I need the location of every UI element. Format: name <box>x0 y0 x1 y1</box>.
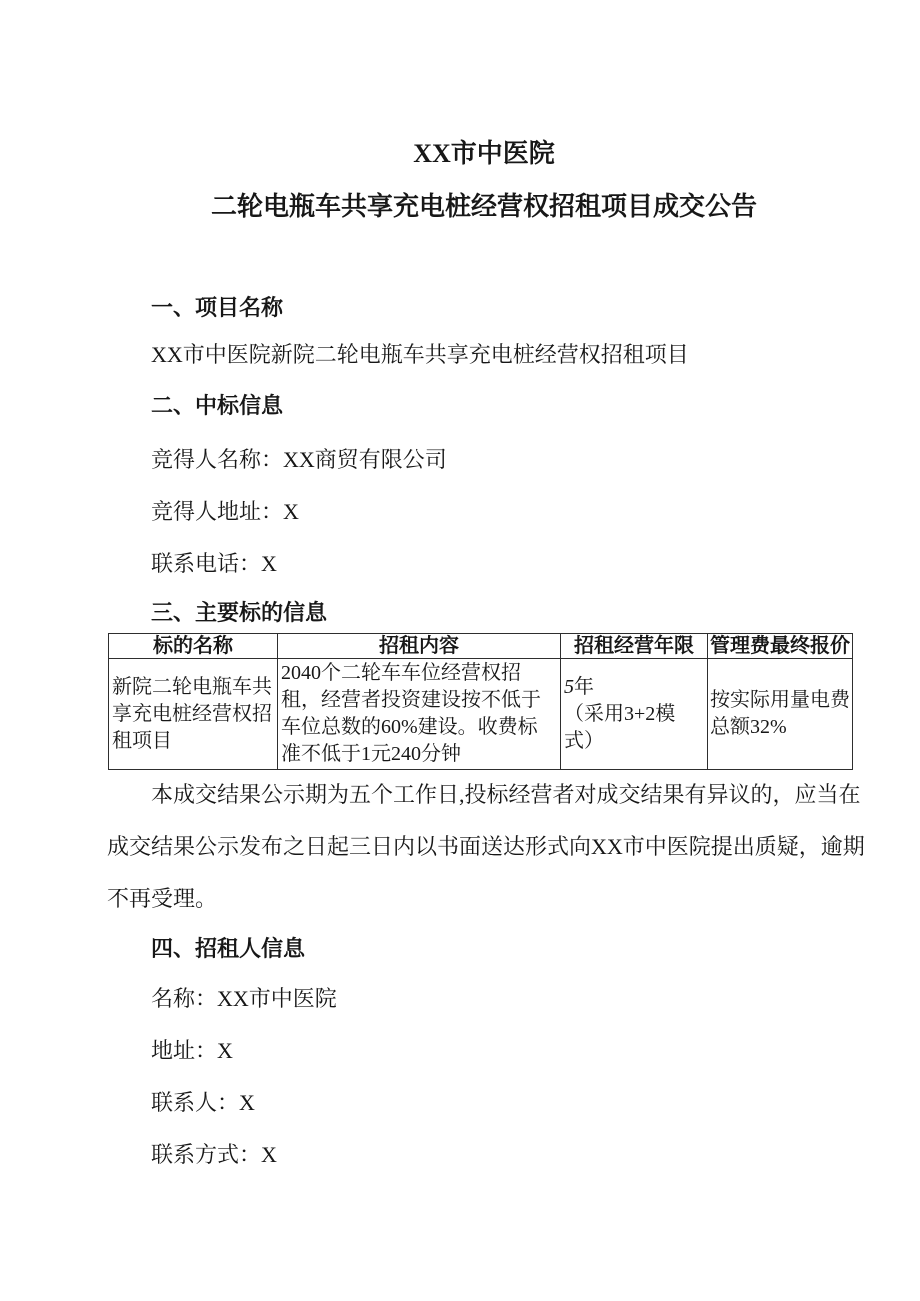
cell-lease-term: 5年 （采用3+2模式） <box>561 659 708 770</box>
result-notice-paragraph: 本成交结果公示期为五个工作日,投标经营者对成交结果有异议的，应当在 成交结果公示… <box>107 769 868 925</box>
winner-name-text: 竞得人名称：XX商贸有限公司 <box>107 443 868 474</box>
lease-term-line1: 5年 <box>564 674 704 701</box>
document-page: XX市中医院 二轮电瓶车共享充电桩经营权招租项目成交公告 一、项目名称 XX市中… <box>0 0 920 1301</box>
subject-info-table: 标的名称 招租内容 招租经营年限 管理费最终报价 新院二轮电瓶车共享充电桩经营权… <box>108 633 853 770</box>
document-subtitle: 二轮电瓶车共享充电桩经营权招租项目成交公告 <box>107 186 861 223</box>
header-lease-content: 招租内容 <box>278 634 561 659</box>
project-name-text: XX市中医院新院二轮电瓶车共享充电桩经营权招租项目 <box>107 338 868 369</box>
header-lease-term: 招租经营年限 <box>561 634 708 659</box>
lessor-address-text: 地址：X <box>107 1034 868 1065</box>
table-header-row: 标的名称 招租内容 招租经营年限 管理费最终报价 <box>109 634 853 659</box>
notice-line: 本成交结果公示期为五个工作日,投标经营者对成交结果有异议的，应当在 <box>107 769 868 821</box>
lease-term-number: 5 <box>564 676 574 698</box>
section-heading-lessor-info: 四、招租人信息 <box>107 932 868 963</box>
header-management-fee: 管理费最终报价 <box>708 634 853 659</box>
section-heading-project-name: 一、项目名称 <box>107 291 868 322</box>
lessor-name-text: 名称：XX市中医院 <box>107 982 868 1013</box>
cell-subject-name: 新院二轮电瓶车共享充电桩经营权招租项目 <box>109 659 278 770</box>
section-heading-subject-info: 三、主要标的信息 <box>107 596 868 627</box>
lease-term-note: （采用3+2模式） <box>564 701 704 755</box>
cell-management-fee: 按实际用量电费总额32% <box>708 659 853 770</box>
lessor-phone-text: 联系方式：X <box>107 1138 868 1169</box>
section-heading-winner-info: 二、中标信息 <box>107 389 868 420</box>
notice-line: 成交结果公示发布之日起三日内以书面送达形式向XX市中医院提出质疑，逾期 <box>107 821 868 873</box>
lease-term-suffix: 年 <box>574 676 594 698</box>
document-title: XX市中医院 <box>107 133 861 170</box>
cell-lease-content: 2040个二轮车车位经营权招租，经营者投资建设按不低于车位总数的60%建设。收费… <box>278 659 561 770</box>
table-row: 新院二轮电瓶车共享充电桩经营权招租项目 2040个二轮车车位经营权招租，经营者投… <box>109 659 853 770</box>
winner-address-text: 竞得人地址：X <box>107 495 868 526</box>
notice-line: 不再受理。 <box>107 873 868 925</box>
winner-phone-text: 联系电话：X <box>107 547 868 578</box>
header-subject-name: 标的名称 <box>109 634 278 659</box>
lessor-contact-text: 联系人：X <box>107 1086 868 1117</box>
